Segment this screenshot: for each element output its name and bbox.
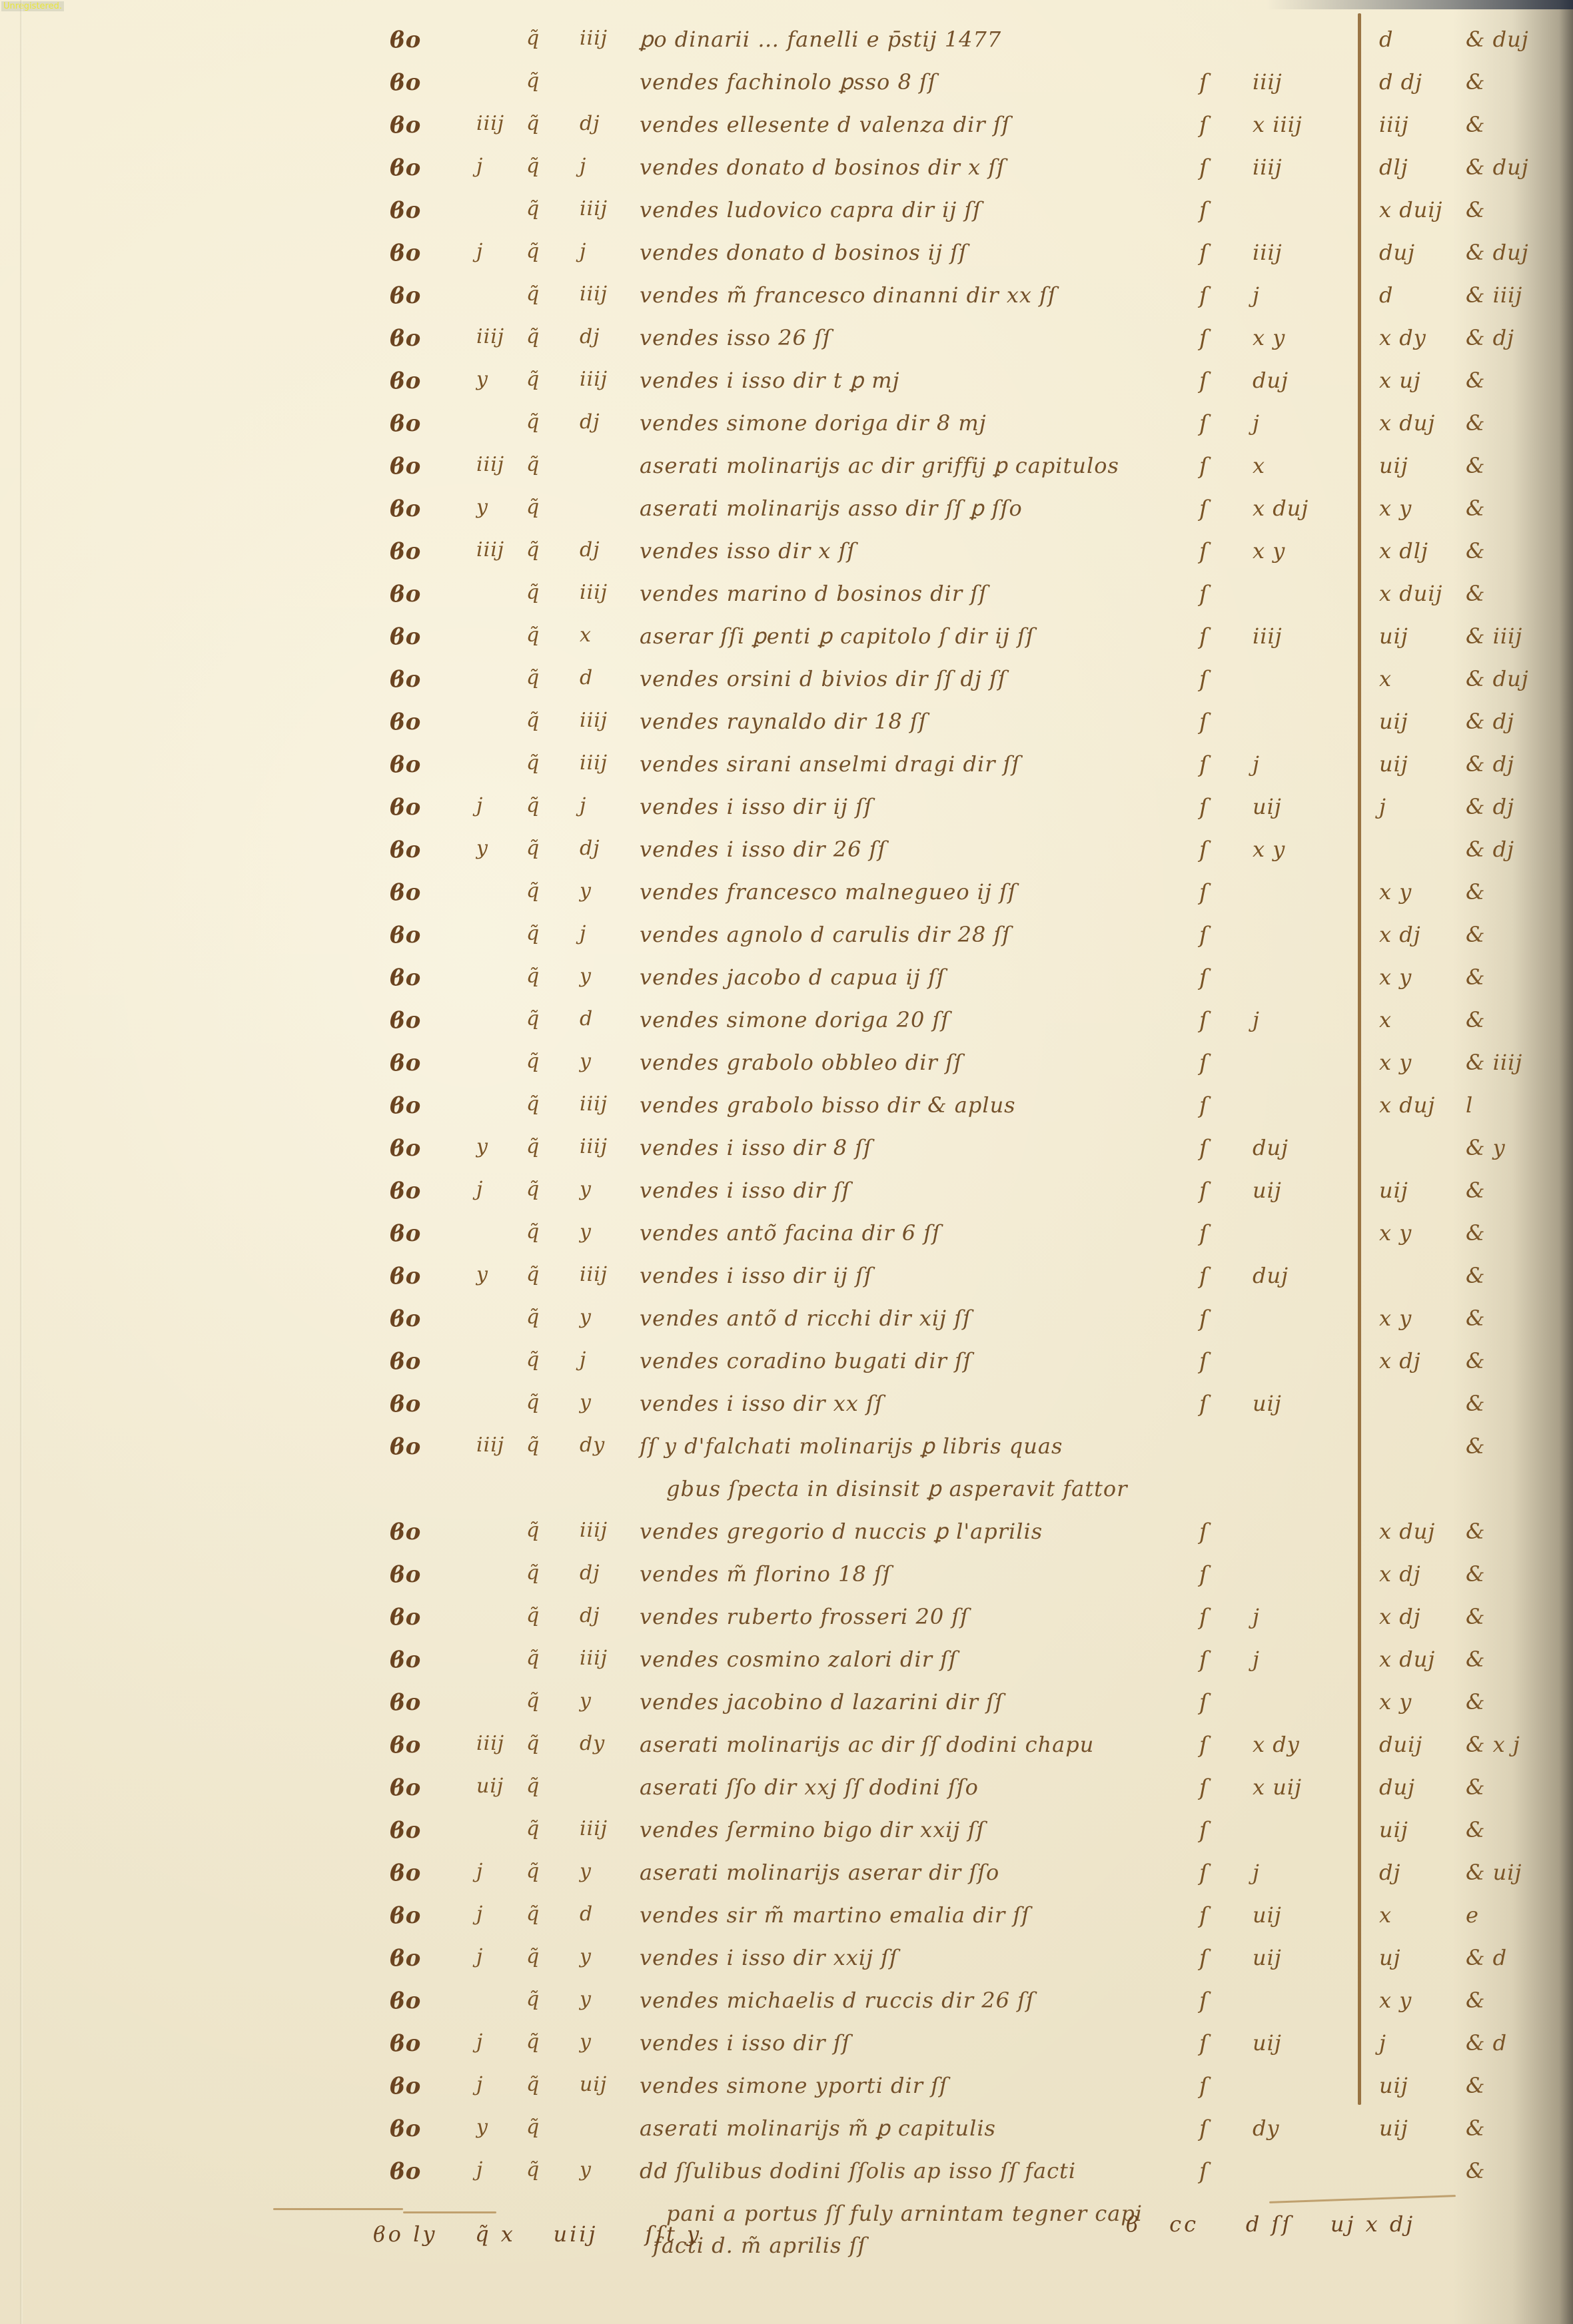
ledger-r2: & <box>1466 922 1485 947</box>
ledger-r1: d dj <box>1379 69 1422 95</box>
ledger-mark: ϐo <box>390 1860 421 1886</box>
ledger-mid: j <box>1253 1007 1260 1032</box>
ledger-row: ϐoq̃iiijvendes marino d bosinos dir ſſſx… <box>0 581 1573 623</box>
ledger-row: ϐoq̃xaserar ſſi ꝑenti ꝑ capitolo ſ dir i… <box>0 623 1573 666</box>
ledger-r1: x duij <box>1379 581 1442 606</box>
ledger-r1: uij <box>1379 1178 1408 1203</box>
ledger-qty: iiij <box>580 27 608 50</box>
ledger-text: vendes i isso dir ſſ <box>640 1178 850 1203</box>
ledger-text: vendes ruberto frosseri 20 ſſ <box>640 1604 969 1629</box>
ledger-r1: x dj <box>1379 922 1421 947</box>
ledger-qty: iiij <box>580 751 608 775</box>
ledger-mid: duj <box>1253 1135 1289 1160</box>
ledger-r2: & <box>1466 1988 1485 2013</box>
ledger-mark: ϐo <box>390 1689 421 1716</box>
ledger-r1: x y <box>1379 879 1412 905</box>
ledger-row: ϐoq̃dvendes simone doriga 20 ſſſjx& <box>0 1007 1573 1050</box>
ledger-r2: & <box>1466 1391 1485 1416</box>
ledger-mark: ϐo <box>390 1348 421 1375</box>
ledger-tick: ſ <box>1199 751 1209 778</box>
ledger-row: ϐoq̃yvendes jacobo d capua ij ſſſx y& <box>0 965 1573 1007</box>
ledger-r2: & <box>1466 879 1485 905</box>
ledger-r2: & <box>1466 1519 1485 1544</box>
ledger-tick: ſ <box>1199 1348 1209 1375</box>
ledger-text: vendes ſermino bigo dir xxij ſſ <box>640 1817 985 1842</box>
ledger-text: vendes isso dir x ſſ <box>640 538 855 564</box>
ledger-tick: ſ <box>1199 2030 1209 2057</box>
ledger-row: ϐoq̃yvendes i isso dir xx ſſſuij& <box>0 1391 1573 1433</box>
ledger-text: vendes ellesente d valenza dir ſſ <box>640 112 1011 137</box>
ledger-tick: ſ <box>1199 1050 1209 1076</box>
ledger-qty: iiij <box>580 1519 608 1542</box>
ledger-q: q̃ <box>526 794 540 817</box>
ledger-r1: dlj <box>1379 155 1408 180</box>
ledger-r2: & dj <box>1466 751 1514 777</box>
ledger-tick: ſ <box>1199 794 1209 821</box>
ledger-text: vendes raynaldo dir 18 ſſ <box>640 709 927 734</box>
ledger-r2: & <box>1466 1007 1485 1032</box>
ledger-margin: j <box>476 240 483 263</box>
ledger-text: aserati molinarijs m̃ ꝑ capitulis <box>640 2116 996 2141</box>
ledger-tick: ſ <box>1199 1902 1209 1929</box>
ledger-qty: iiij <box>580 1092 608 1116</box>
ledger-text: vendes ludovico capra dir ij ſſ <box>640 197 981 222</box>
ledger-qty: y <box>580 2158 592 2181</box>
ledger-mid: dy <box>1253 2116 1280 2141</box>
ledger-r2: & <box>1466 1220 1485 1246</box>
ledger-mark: ϐo <box>390 1647 421 1673</box>
ledger-q: q̃ <box>526 1007 540 1030</box>
ledger-text: vendes antõ d ricchi dir xij ſſ <box>640 1306 971 1331</box>
total-uiij: uiij <box>553 2221 598 2247</box>
ledger-qty: iiij <box>580 581 608 604</box>
ledger-tick: ſ <box>1199 837 1209 863</box>
ledger-text: aserati molinarijs ac dir griffij ꝑ capi… <box>640 453 1119 478</box>
ledger-tick: ſ <box>1199 1135 1209 1162</box>
ledger-q: q̃ <box>526 368 540 391</box>
ledger-margin: j <box>476 155 483 178</box>
total-sst: ſſt <box>645 2221 678 2247</box>
ledger-q: q̃ <box>526 1732 540 1755</box>
ledger-mark: ϐo <box>390 1774 421 1801</box>
ledger-q: q̃ <box>526 666 540 689</box>
ledger-text: vendes fachinolo ꝑsso 8 ſſ <box>640 69 937 95</box>
ledger-tick: ſ <box>1199 1945 1209 1972</box>
ledger-tick: ſ <box>1199 1604 1209 1631</box>
ledger-r2: & d <box>1466 1945 1507 1970</box>
ledger-q: q̃ <box>526 27 540 50</box>
ledger-mid: x uij <box>1253 1774 1302 1800</box>
ledger-tick: ſ <box>1199 922 1209 949</box>
ledger-r1: uij <box>1379 2116 1408 2141</box>
ledger-r2: & <box>1466 2116 1485 2141</box>
ledger-tick: ſ <box>1199 538 1209 565</box>
ledger-mark: ϐo <box>390 1050 421 1076</box>
ledger-margin: y <box>476 496 488 519</box>
ledger-q: q̃ <box>526 1050 540 1073</box>
ledger-r2: & y <box>1466 1135 1506 1160</box>
ledger-r1: iiij <box>1379 112 1409 137</box>
ledger-r1: x y <box>1379 496 1412 521</box>
ledger-margin: j <box>476 1902 483 1926</box>
ledger-qty: iiij <box>580 1817 608 1840</box>
ledger-tick: ſ <box>1199 282 1209 309</box>
ledger-mark: ϐo <box>390 2030 421 2057</box>
ledger-q: q̃ <box>526 1220 540 1244</box>
ledger-qty: dy <box>580 1433 605 1457</box>
ledger-text: vendes antõ facina dir 6 ſſ <box>640 1220 941 1246</box>
ledger-tick: ſ <box>1199 879 1209 906</box>
ledger-row: ϐoiiijq̃dyaserati molinarijs ac dir ſſ d… <box>0 1732 1573 1774</box>
ledger-row: ϐoq̃iiijꝑo dinarii … fanelli e p̄stij 14… <box>0 27 1573 69</box>
ledger-r2: & <box>1466 1647 1485 1672</box>
ledger-r2: & x j <box>1466 1732 1520 1757</box>
total-l: ly <box>413 2221 437 2247</box>
ledger-r1: j <box>1379 2030 1386 2056</box>
ledger-row: ϐoq̃djvendes ruberto frosseri 20 ſſſjx d… <box>0 1604 1573 1647</box>
ledger-text: ſſ y d'falchati molinarijs ꝑ libris quas <box>640 1433 1063 1459</box>
ledger-row: ϐoq̃iiijvendes cosmino zalori dir ſſſjx … <box>0 1647 1573 1689</box>
ledger-tick: ſ <box>1199 1689 1209 1716</box>
ledger-continuation: gbus ſpecta in disinsit ꝑ asperavit fatt… <box>666 1476 1127 1501</box>
ledger-q: q̃ <box>526 1902 540 1926</box>
ledger-margin: y <box>476 837 488 860</box>
ledger-mark: ϐo <box>390 453 421 480</box>
ledger-tick: ſ <box>1199 709 1209 735</box>
ledger-q: q̃ <box>526 1817 540 1840</box>
rtotal-ss: ſſ <box>1272 2211 1293 2237</box>
ledger-qty: iiij <box>580 709 608 732</box>
rtotal-uj: uj <box>1330 2211 1356 2237</box>
ledger-tick: ſ <box>1199 1092 1209 1119</box>
ledger-r2: & d <box>1466 2030 1507 2056</box>
ledger-mark: ϐo <box>390 1178 421 1204</box>
ledger-q: q̃ <box>526 410 540 434</box>
ledger-text: vendes m̃ francesco dinanni dir xx ſſ <box>640 282 1057 308</box>
ledger-text: vendes cosmino zalori dir ſſ <box>640 1647 957 1672</box>
ledger-mark: ϐo <box>390 1988 421 2014</box>
ledger-text: vendes jacobino d lazarini dir ſſ <box>640 1689 1003 1715</box>
ledger-margin: j <box>476 1860 483 1883</box>
ledger-text: vendes i isso dir xx ſſ <box>640 1391 883 1416</box>
ledger-tick: ſ <box>1199 581 1209 607</box>
ledger-mark: ϐo <box>390 1732 421 1758</box>
ledger-q: q̃ <box>526 197 540 220</box>
ledger-q: q̃ <box>526 2158 540 2181</box>
ledger-text: vendes i isso dir t ꝑ mj <box>640 368 900 393</box>
ledger-mid: duj <box>1253 368 1289 393</box>
ledger-mark: ϐo <box>390 1902 421 1929</box>
ledger-margin: iiij <box>476 325 504 348</box>
rtotal-x: x <box>1366 2211 1380 2237</box>
ledger-q: q̃ <box>526 1306 540 1329</box>
ledger-margin: j <box>476 2030 483 2054</box>
total-mark: ϐo <box>373 2221 404 2247</box>
ledger-text: vendes i isso dir 26 ſſ <box>640 837 886 862</box>
ledger-mid: uij <box>1253 1902 1282 1928</box>
ledger-qty: y <box>580 965 592 988</box>
ledger-mark: ϐo <box>390 837 421 863</box>
ledger-q: q̃ <box>526 1263 540 1286</box>
ledger-text: vendes agnolo d carulis dir 28 ſſ <box>640 922 1011 947</box>
ledger-mark: ϐo <box>390 2116 421 2142</box>
ledger-tick: ſ <box>1199 1220 1209 1247</box>
ledger-mark: ϐo <box>390 240 421 266</box>
ledger-r1: x y <box>1379 1689 1412 1715</box>
ledger-r1: x y <box>1379 1220 1412 1246</box>
ledger-mark: ϐo <box>390 709 421 735</box>
ledger-r2: & <box>1466 2158 1485 2183</box>
ledger-margin: iiij <box>476 1433 504 1457</box>
ledger-q: q̃ <box>526 2073 540 2096</box>
ledger-r2: e <box>1466 1902 1479 1928</box>
unregistered-watermark: Unregistered. <box>1 1 64 11</box>
ledger-text: vendes i isso dir xxij ſſ <box>640 1945 898 1970</box>
rtotal-cc: cc <box>1169 2211 1199 2237</box>
ledger-mark: ϐo <box>390 879 421 906</box>
ledger-r2: & <box>1466 965 1485 990</box>
ledger-mark: ϐo <box>390 538 421 565</box>
ledger-mark: ϐo <box>390 410 421 437</box>
ledger-r1: uij <box>1379 709 1408 734</box>
ledger-qty: j <box>580 794 586 817</box>
ledger-mid: iiij <box>1253 240 1283 265</box>
ledger-mark: ϐo <box>390 2158 421 2185</box>
ledger-tick: ſ <box>1199 1647 1209 1673</box>
ledger-row: ϐojq̃yvendes i isso dir ſſſuijj& d <box>0 2030 1573 2073</box>
ledger-row: ϐojq̃ydd ſſulibus dodini ſſolis ap isso … <box>0 2158 1573 2201</box>
ledger-qty: dj <box>580 1561 600 1585</box>
ledger-qty: y <box>580 1391 592 1414</box>
ledger-row: ϐoq̃jvendes coradino bugati dir ſſſx dj& <box>0 1348 1573 1391</box>
ledger-margin: y <box>476 1135 488 1158</box>
ledger-tick: ſ <box>1199 197 1209 224</box>
ledger-mid: x y <box>1253 538 1285 564</box>
ledger-mark: ϐo <box>390 1433 421 1460</box>
ledger-r2: & <box>1466 538 1485 564</box>
ledger-r1: uj <box>1379 1945 1401 1970</box>
ledger-qty: y <box>580 1220 592 1244</box>
ledger-tick: ſ <box>1199 325 1209 352</box>
ledger-q: q̃ <box>526 581 540 604</box>
ledger-row: ϐoq̃jvendes agnolo d carulis dir 28 ſſſx… <box>0 922 1573 965</box>
ledger-q: q̃ <box>526 1135 540 1158</box>
ledger-q: q̃ <box>526 240 540 263</box>
ledger-mid: j <box>1253 1604 1260 1629</box>
ledger-row: ϐoq̃iiijvendes ludovico capra dir ij ſſſ… <box>0 197 1573 240</box>
ledger-q: q̃ <box>526 155 540 178</box>
ledger-text: vendes grabolo obbleo dir ſſ <box>640 1050 963 1075</box>
ledger-r2: & <box>1466 1817 1485 1842</box>
ledger-tick: ſ <box>1199 240 1209 266</box>
rtotal-b: ϐ <box>1126 2211 1141 2237</box>
ledger-r2: & duj <box>1466 666 1529 691</box>
ledger-qty: dj <box>580 325 600 348</box>
ledger-mid: iiij <box>1253 69 1283 95</box>
ledger-q: q̃ <box>526 282 540 306</box>
ledger-q: q̃ <box>526 623 540 647</box>
ledger-mark: ϐo <box>390 2073 421 2100</box>
ledger-margin: j <box>476 1945 483 1968</box>
ledger-r1: x dlj <box>1379 538 1428 564</box>
ledger-r2: l <box>1466 1092 1473 1118</box>
ledger-r2: & <box>1466 453 1485 478</box>
ledger-margin: iiij <box>476 538 504 562</box>
ledger-r2: & <box>1466 2073 1485 2098</box>
ledger-text: vendes simone yporti dir ſſ <box>640 2073 948 2098</box>
ledger-row: ϐoyq̃iiijvendes i isso dir 8 ſſſduj& y <box>0 1135 1573 1178</box>
ledger-qty: d <box>580 1902 593 1926</box>
ledger-mark: ϐo <box>390 1092 421 1119</box>
ledger-mark: ϐo <box>390 922 421 949</box>
ledger-row: ϐojq̃yvendes i isso dir xxij ſſſuijuj& d <box>0 1945 1573 1988</box>
ledger-r1: x uj <box>1379 368 1421 393</box>
left-total-rule-2 <box>403 2211 496 2213</box>
ledger-r2: & dj <box>1466 837 1514 862</box>
ledger-row: ϐoyq̃iiijvendes i isso dir t ꝑ mjſdujx u… <box>0 368 1573 410</box>
ledger-qty: y <box>580 1306 592 1329</box>
ledger-qty: y <box>580 1050 592 1073</box>
right-totals: ϐ cc d ſſ uj x dj <box>1126 2211 1415 2237</box>
ledger-mark: ϐo <box>390 282 421 309</box>
ledger-row: ϐoq̃iiijvendes m̃ francesco dinanni dir … <box>0 282 1573 325</box>
ledger-text: vendes simone doriga 20 ſſ <box>640 1007 949 1032</box>
ledger-row: ϐoq̃yvendes grabolo obbleo dir ſſſx y& i… <box>0 1050 1573 1092</box>
ledger-r2: & dj <box>1466 325 1514 350</box>
ledger-qty: y <box>580 1988 592 2011</box>
ledger-row: ϐoq̃yvendes jacobino d lazarini dir ſſſx… <box>0 1689 1573 1732</box>
ledger-row: ϐojq̃uijvendes simone yporti dir ſſſuij& <box>0 2073 1573 2116</box>
total-q: q̃ <box>475 2221 491 2247</box>
ledger-r1: uij <box>1379 1817 1408 1842</box>
ledger-q: q̃ <box>526 1945 540 1968</box>
ledger-mark: ϐo <box>390 1604 421 1631</box>
ledger-text: vendes m̃ florino 18 ſſ <box>640 1561 891 1587</box>
ledger-row: ϐoq̃iiijvendes raynaldo dir 18 ſſſuij& d… <box>0 709 1573 751</box>
ledger-mid: uij <box>1253 1945 1282 1970</box>
ledger-r2: & <box>1466 1178 1485 1203</box>
ledger-row: ϐoiiijq̃djvendes isso dir x ſſſx yx dlj& <box>0 538 1573 581</box>
ledger-tick: ſ <box>1199 2158 1209 2185</box>
ledger-margin: y <box>476 368 488 391</box>
ledger-q: q̃ <box>526 1604 540 1627</box>
ledger-r1: x <box>1379 1902 1392 1928</box>
ledger-tick: ſ <box>1199 453 1209 480</box>
ledger-tick: ſ <box>1199 496 1209 522</box>
ledger-r1: duij <box>1379 1732 1422 1757</box>
ledger-q: q̃ <box>526 1774 540 1798</box>
ledger-qty: uij <box>580 2073 607 2096</box>
ledger-qty: y <box>580 879 592 903</box>
ledger-mark: ϐo <box>390 666 421 693</box>
ledger-mid: x <box>1253 453 1265 478</box>
ledger-text: vendes sirani anselmi dragi dir ſſ <box>640 751 1020 777</box>
ledger-r1: x duj <box>1379 410 1435 436</box>
ledger-qty: iiij <box>580 1135 608 1158</box>
ledger-row: ϐojq̃jvendes donato d bosinos ij ſſſiiij… <box>0 240 1573 282</box>
rtotal-d: d <box>1246 2211 1262 2237</box>
ledger-row: ϐoyq̃iiijvendes i isso dir ij ſſſduj& <box>0 1263 1573 1306</box>
ledger-r2: & iiij <box>1466 623 1522 649</box>
ledger-r1: x y <box>1379 1306 1412 1331</box>
ledger-tick: ſ <box>1199 155 1209 181</box>
ledger-mid: uij <box>1253 1391 1282 1416</box>
ledger-mid: iiij <box>1253 623 1283 649</box>
ledger-qty: iiij <box>580 282 608 306</box>
ledger-tick: ſ <box>1199 2073 1209 2100</box>
total-y: y <box>687 2221 702 2247</box>
ledger-q: q̃ <box>526 453 540 476</box>
ledger-row: ϐojq̃yaserati molinarijs aserar dir ſſoſ… <box>0 1860 1573 1902</box>
ledger-r2: & <box>1466 368 1485 393</box>
ledger-text: vendes i isso dir ij ſſ <box>640 794 873 819</box>
ledger-r1: x y <box>1379 1988 1412 2013</box>
ledger-tick: ſ <box>1199 410 1209 437</box>
ledger-qty: d <box>580 1007 593 1030</box>
ledger-mid: j <box>1253 1860 1260 1885</box>
ledger-tick: ſ <box>1199 1561 1209 1588</box>
ledger-tick: ſ <box>1199 1817 1209 1844</box>
ledger-mid: x y <box>1253 325 1285 350</box>
ledger-q: q̃ <box>526 1647 540 1670</box>
ledger-mark: ϐo <box>390 751 421 778</box>
ledger-tick: ſ <box>1199 1263 1209 1290</box>
left-totals: ϐo ly q̃ x uiij ſſt y <box>373 2221 702 2247</box>
ledger-margin: y <box>476 1263 488 1286</box>
ledger-mark: ϐo <box>390 1519 421 1545</box>
ledger-mid: x y <box>1253 837 1285 862</box>
ledger-mark: ϐo <box>390 1007 421 1034</box>
ledger-text: aserar ſſi ꝑenti ꝑ capitolo ſ dir ij ſſ <box>640 623 1035 649</box>
ledger-text: aserati molinarijs aserar dir ſſo <box>640 1860 999 1885</box>
ledger-r1: x duij <box>1379 197 1442 222</box>
ledger-r1: j <box>1379 794 1386 819</box>
ledger-row: ϐoq̃yvendes michaelis d ruccis dir 26 ſſ… <box>0 1988 1573 2030</box>
ledger-qty: iiij <box>580 1647 608 1670</box>
ledger-text: vendes i isso dir ij ſſ <box>640 1263 873 1288</box>
ledger-r1: d <box>1379 282 1393 308</box>
ledger-mark: ϐo <box>390 368 421 394</box>
ledger-tick: ſ <box>1199 965 1209 991</box>
ledger-qty: iiij <box>580 368 608 391</box>
ledger-q: q̃ <box>526 1988 540 2011</box>
ledger-qty: dj <box>580 112 600 135</box>
ledger-tick: ſ <box>1199 666 1209 693</box>
ledger-text: vendes simone doriga dir 8 mj <box>640 410 987 436</box>
ledger-row: ϐoq̃iiijvendes grabolo bisso dir & aplus… <box>0 1092 1573 1135</box>
ledger-r2: & <box>1466 1348 1485 1373</box>
left-total-rule <box>273 2208 403 2210</box>
ledger-q: q̃ <box>526 1561 540 1585</box>
ledger-tick: ſ <box>1199 1732 1209 1758</box>
ledger-text: vendes marino d bosinos dir ſſ <box>640 581 987 606</box>
ledger-margin: uij <box>476 1774 504 1798</box>
ledger-mark: ϐo <box>390 1306 421 1332</box>
ledger-qty: y <box>580 2030 592 2054</box>
ledger-tick: ſ <box>1199 112 1209 139</box>
ledger-q: q̃ <box>526 922 540 945</box>
ledger-mark: ϐo <box>390 1817 421 1844</box>
ledger-q: q̃ <box>526 538 540 562</box>
ledger-r1: x y <box>1379 1050 1412 1075</box>
ledger-qty: dj <box>580 837 600 860</box>
ledger-row: ϐojq̃jvendes donato d bosinos dir x ſſſi… <box>0 155 1573 197</box>
ledger-r2: & iiij <box>1466 282 1522 308</box>
ledger-q: q̃ <box>526 496 540 519</box>
ledger-row: ϐoq̃vendes fachinolo ꝑsso 8 ſſſiiijd dj& <box>0 69 1573 112</box>
ledger-mark: ϐo <box>390 965 421 991</box>
ledger-margin: j <box>476 1178 483 1201</box>
